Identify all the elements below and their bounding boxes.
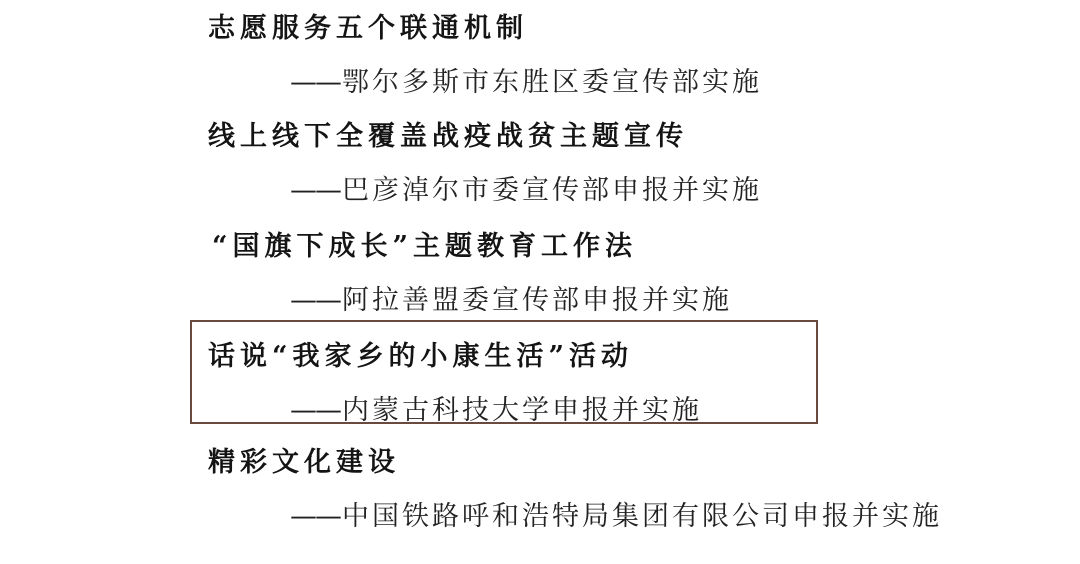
- entry-organization-highlighted: ——内蒙古科技大学申报并实施: [290, 388, 702, 427]
- em-dash: ——: [290, 175, 340, 206]
- organization-name: 中国铁路呼和浩特局集团有限公司申报并实施: [342, 501, 942, 532]
- entry-organization: ——巴彦淖尔市委宣传部申报并实施: [290, 168, 762, 207]
- entry-title: 精彩文化建设: [208, 440, 400, 479]
- organization-name: 阿拉善盟委宣传部申报并实施: [342, 285, 732, 316]
- entry-organization: ——中国铁路呼和浩特局集团有限公司申报并实施: [290, 494, 942, 533]
- em-dash: ——: [290, 67, 340, 98]
- entry-title-highlighted: 话说“我家乡的小康生活”活动: [208, 334, 633, 373]
- organization-name: 鄂尔多斯市东胜区委宣传部实施: [342, 67, 762, 98]
- em-dash: ——: [290, 501, 340, 532]
- em-dash: ——: [290, 395, 340, 426]
- entry-title: “国旗下成长”主题教育工作法: [212, 224, 637, 263]
- entry-title: 志愿服务五个联通机制: [208, 6, 528, 45]
- entry-organization: ——鄂尔多斯市东胜区委宣传部实施: [290, 60, 762, 99]
- entry-organization: ——阿拉善盟委宣传部申报并实施: [290, 278, 732, 317]
- em-dash: ——: [290, 285, 340, 316]
- organization-name: 巴彦淖尔市委宣传部申报并实施: [342, 175, 762, 206]
- organization-name: 内蒙古科技大学申报并实施: [342, 395, 702, 426]
- entry-title: 线上线下全覆盖战疫战贫主题宣传: [208, 114, 688, 153]
